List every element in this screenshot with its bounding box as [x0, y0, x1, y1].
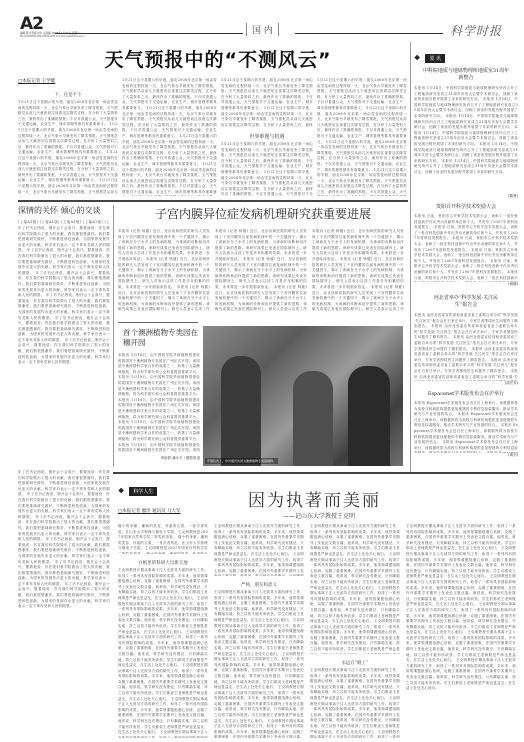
column-divider-left: [113, 205, 114, 467]
lead-col-3b: 1月21日这个星期六的早晨，朋友2008年北京第一场由雪变雨的过程持续一天，北京…: [221, 142, 313, 196]
left-column-continued: 年了后书记西说，刚开会十会高兴，握着他说：你在我们科学院做出了很大的贡献，我们都…: [18, 470, 110, 735]
sidebar-item-credit: (陈晨): [414, 194, 518, 199]
garden-story: 首个澳洲植物专类园在穗开园 本报讯 1月18日，由中国科学院华南植物园建设的我国…: [118, 328, 200, 468]
column-divider-right: [410, 42, 411, 472]
feature-bottom-rule: [118, 322, 198, 323]
photo-caption: 开园仪式上，中外嘉宾共同为澳洲植物专类园揭牌。: [205, 458, 278, 464]
sidebar-item-body: 本报讯 1月14日，中国科学院地质与地球物理研究所内召开了工程地质研究室成立31…: [414, 86, 518, 194]
feature-story: 子宫内膜异位症发病机理研究获重要进展 本报讯 (记者 杨健) 近日，北京协和医院…: [118, 205, 408, 315]
sidebar-header: ❖ 要 讯: [414, 45, 518, 64]
lead-bottom-rule: [18, 200, 408, 202]
lead-byline[interactable]: □本报记者 王学健: [18, 78, 55, 84]
sidebar-item-headline: 贵阳召开科学技术奖励大会: [414, 203, 518, 210]
profile-subheadline: ——记山东大学教授王克明: [283, 511, 355, 520]
profile-subhead-3: 永远在“路上”: [310, 660, 400, 666]
feature-headline: 子宫内膜异位症发病机理研究获重要进展: [118, 205, 408, 222]
profile-headline: 因为执著而美丽: [248, 486, 381, 511]
sidebar-item-headline: 中科院地质与地球物理所地质室31周年新整合: [414, 68, 518, 82]
profile-col-3b: 王克明教授长期从事离子注入光波导方面的研究工作，取得了一系列具有国际影响的成果。…: [310, 668, 400, 738]
photo-person-middle: [293, 371, 333, 466]
profile-byline[interactable]: □本报记者 廖洋 通讯员 马大军: [118, 508, 181, 514]
section-label: 国 内: [246, 23, 279, 36]
lead-story: 天气预报中的“不测风云” □本报记者 王学健 下，还是不下 1月21日这个星期六…: [18, 45, 408, 197]
feature-col-2: 本报讯 (记者 杨健) 近日，北京协和医院的研究人员发现了子宫内膜异位症发病机理…: [215, 229, 307, 311]
sidebar-item-credit: (高长安): [414, 381, 518, 386]
profile-subhead-1: 白纸里的科研人员新天地: [118, 560, 208, 566]
sidebar: ❖ 要 讯 中科院地质与地球物理所地质室31周年新整合 本报讯 1月14日，中国…: [414, 45, 518, 470]
garden-body: 本报讯 1月18日，由中国科学院华南植物园建设的我国首个澳洲植物专类园在广州正式…: [118, 353, 200, 453]
garden-photo: 开园仪式上，中外嘉宾共同为澳洲植物专类园揭牌。: [203, 326, 403, 466]
sidebar-item-2[interactable]: 贵阳召开科学技术奖励大会 本报讯 日前，贵阳市召开科学技术奖励大会，表彰了一批在…: [414, 203, 518, 287]
lead-col-2: 1月21日这个星期六的早晨，朋友2008年北京第一场由雪变雨的过程持续一天，北京…: [122, 78, 217, 196]
side-story-body: 年了后书记西说，刚开会十会高兴，握着他说：你在我们科学院做出了很大的贡献，我们都…: [18, 226, 110, 471]
profile-col-4: 王克明教授长期从事离子注入光波导方面的研究工作，取得了一系列具有国际影响的成果。…: [406, 524, 516, 738]
feature-col-1: 本报讯 (记者 杨健) 近日，北京协和医院的研究人员发现了子宫内膜异位症发病机理…: [118, 229, 210, 311]
garden-headline: 首个澳洲植物专类园在穗开园: [118, 328, 200, 348]
profile-col-2: 王克明教授长期从事离子注入光波导方面的研究工作，取得了一系列具有国际影响的成果。…: [214, 524, 304, 576]
sidebar-item-4[interactable]: Espacenet学术版发布会在沪举行 本报讯 Espacenet学术版发布会近…: [414, 390, 518, 458]
profile-section-tag: 科学人生: [129, 487, 157, 496]
garden-credit: 李如群 潘永平 / 摄影报道: [118, 456, 200, 461]
sidebar-item-headline: Espacenet学术版发布会在沪举行: [414, 390, 518, 397]
profile-story: ❖ 科学人生 因为执著而美丽 ——记山东大学教授王克明 □本报记者 廖洋 通讯员…: [118, 478, 518, 740]
sidebar-item-3[interactable]: 河北省举办“科学发展·关注民生”报告会 本报讯 由河北省委宣传部和省委省直工委联…: [414, 295, 518, 386]
photo-person-right: [348, 366, 390, 466]
newspaper-logo: 科学时报: [450, 22, 502, 39]
page-info-line2: Tel:(010)82614493 82614497 E-mail:news@s…: [20, 35, 85, 38]
sidebar-item-1[interactable]: 中科院地质与地球物理所地质室31周年新整合 本报讯 1月14日，中国科学院地质与…: [414, 68, 518, 199]
profile-subhead-2: 严师，朋友和恩义: [214, 582, 304, 588]
sidebar-item-credit: (黄书): [414, 453, 518, 458]
masthead-rule-right: [295, 33, 443, 34]
sidebar-item-credit: (杨晓): [414, 282, 518, 287]
profile-col-1: 王克明教授长期从事离子注入光波导方面的研究工作，取得了一系列具有国际影响的成果。…: [118, 568, 208, 738]
lead-col-1: 1月21日这个星期六的早晨，朋友2008年北京第一场由雪变雨的过程持续一天，北京…: [18, 100, 118, 195]
sidebar-tag: 要 讯: [425, 54, 445, 63]
lead-col-3: 1月21日这个星期六的早晨，朋友2008年北京第一场由雪变雨的过程持续一天，北京…: [221, 78, 313, 128]
sidebar-item-body: 本报讯 Espacenet学术版发布会近日在上海举行，该数据库将为高校与科研机构…: [414, 401, 518, 453]
sidebar-item-headline: 河北省举办“科学发展·关注民生”报告会: [414, 295, 518, 309]
lead-col-4: 1月21日这个星期六的早晨，朋友2008年北京第一场由雪变雨的过程持续一天，北京…: [317, 78, 407, 196]
profile-intro: 瘦小的身躯，谦和的笑容，朴素的衣着，一身学者风范。在山东大学物理与微电子学院，王…: [118, 524, 208, 554]
sidebar-item-body: 本报讯 由河北省委宣传部和省委省直工委联合举办的“科学发展·关注民生”报告会在石…: [414, 313, 518, 381]
lead-subhead-2: 世界难题与机遇: [221, 133, 313, 140]
side-story-care: 深情的关怀 倾心的交谈 (上接A1版) (上接A1版) (上接A1版) (上接A…: [18, 205, 110, 467]
profile-col-2b: 王克明教授长期从事离子注入光波导方面的研究工作，取得了一系列具有国际影响的成果。…: [214, 590, 304, 738]
sidebar-item-body: 本报讯 日前，贵阳市召开科学技术奖励大会，表彰了一批在科技创新中作出突出贡献的单…: [414, 214, 518, 282]
news-icon: ❖: [414, 53, 420, 62]
photo-person-left: [221, 356, 261, 466]
masthead-rule-left: [55, 33, 243, 34]
feature-col-3: 本报讯 (记者 杨健) 近日，北京协和医院的研究人员发现了子宫内膜异位症发病机理…: [312, 229, 404, 311]
section-icon: ❖: [118, 486, 124, 495]
side-story-headline: 深情的关怀 倾心的交谈: [18, 205, 110, 216]
page-mid-rule: [113, 472, 518, 474]
lead-headline: 天气预报中的“不测风云”: [68, 45, 368, 72]
masthead: A2 编辑 陈式雪颖 校对 孟丽丽 2008年1月21日 星期一 Tel:(01…: [0, 0, 524, 40]
lead-subhead-1: 下，还是不下: [18, 92, 118, 98]
profile-col-3: 王克明教授长期从事离子注入光波导方面的研究工作，取得了一系列具有国际影响的成果。…: [310, 524, 400, 654]
